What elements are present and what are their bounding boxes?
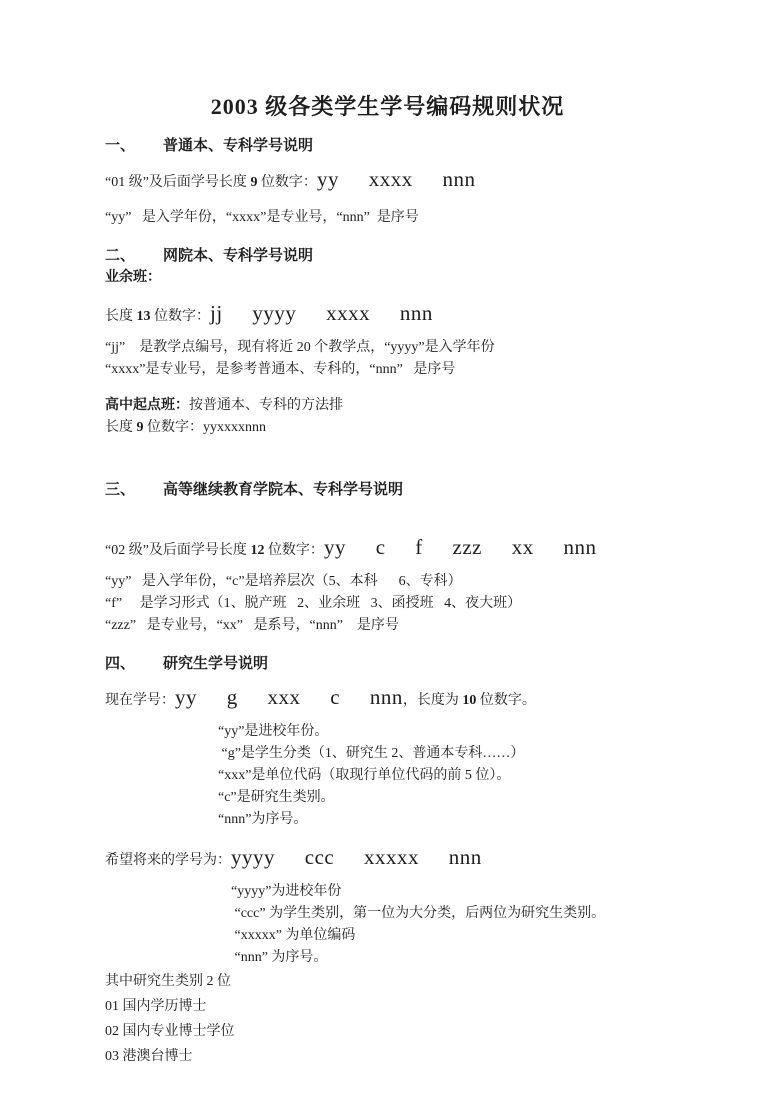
rule-text: 长度 xyxy=(105,309,137,324)
current-id-line: 现在学号：yy g xxx c nnn，长度为 10 位数字。 xyxy=(105,683,670,715)
spacer xyxy=(105,381,670,395)
rule-digit-count: 13 xyxy=(137,309,151,324)
note-line: “xxxxx” 为单位编码 xyxy=(231,925,670,947)
section-3-description-2: “f” 是学习形式（1、脱产班 2、业余班 3、函授班 4、夜大班） xyxy=(105,593,670,615)
spacer xyxy=(105,637,670,653)
section-4-number: 四、 xyxy=(105,653,163,675)
future-id-line: 希望将来的学号为：yyyy ccc xxxxx nnn xyxy=(105,843,670,875)
rule-text: 位数字： xyxy=(264,543,324,558)
current-id-notes: “yy”是进校年份。 “g”是学生分类（1、研究生 2、普通本专科……） “xx… xyxy=(105,721,670,831)
section-2-number: 二、 xyxy=(105,245,163,267)
section-3-description-3: “zzz” 是专业号，“xx” 是系号，“nnn” 是序号 xyxy=(105,615,670,637)
rule-digit-count: 10 xyxy=(462,693,476,708)
spacer xyxy=(105,197,670,207)
note-line: “ccc” 为学生类别，第一位为大分类，后两位为研究生类别。 xyxy=(231,903,670,925)
note-line: “nnn”为序号。 xyxy=(218,809,670,831)
spacer xyxy=(105,157,670,165)
subsection-evening-class: 业余班： xyxy=(105,267,670,289)
subsection-highschool-start: 高中起点班：按普通本、专科的方法排 xyxy=(105,395,670,417)
section-3-heading: 三、高等继续教育学院本、专科学号说明 xyxy=(105,479,670,501)
spacer xyxy=(105,439,670,479)
subsection-text: 按普通本、专科的方法排 xyxy=(189,398,343,413)
section-2-description-2: “xxxx”是专业号，是参考普通本、专科的，“nnn” 是序号 xyxy=(105,359,670,381)
section-2-heading: 二、网院本、专科学号说明 xyxy=(105,245,670,267)
rule-digit-count: 9 xyxy=(137,420,144,435)
grad-category-title: 其中研究生类别 2 位 xyxy=(105,969,670,994)
section-1-heading: 一、普通本、专科学号说明 xyxy=(105,135,670,157)
section-1-title: 普通本、专科学号说明 xyxy=(163,138,313,154)
section-2-rule-line-2: 长度 9 位数字：yyxxxxnnn xyxy=(105,417,670,439)
document-page: 2003 级各类学生学号编码规则状况 一、普通本、专科学号说明 “01 级”及后… xyxy=(0,0,770,1120)
rule-text: 现在学号： xyxy=(105,693,175,708)
note-line: “nnn” 为序号。 xyxy=(231,947,670,969)
note-line: “xxx”是单位代码（取现行单位代码的前 5 位）。 xyxy=(218,765,670,787)
section-2-title: 网院本、专科学号说明 xyxy=(163,248,313,264)
rule-text: ，长度为 xyxy=(403,693,463,708)
section-4-title: 研究生学号说明 xyxy=(163,656,268,672)
section-1-rule-line: “01 级”及后面学号长度 9 位数字：yy xxxx nnn xyxy=(105,165,670,197)
grad-category-item: 03 港澳台博士 xyxy=(105,1044,670,1069)
rule-text: “01 级”及后面学号长度 xyxy=(105,175,250,190)
section-3-number: 三、 xyxy=(105,479,163,501)
note-line: “g”是学生分类（1、研究生 2、普通本专科……） xyxy=(218,743,670,765)
rule-digit-count: 12 xyxy=(250,543,264,558)
rule-text: “02 级”及后面学号长度 xyxy=(105,543,250,558)
id-code-pattern: yyyy ccc xxxxx nnn xyxy=(231,845,482,869)
spacer xyxy=(105,675,670,683)
rule-text: 位数字： xyxy=(151,309,211,324)
spacer xyxy=(105,289,670,299)
rule-text: 位数字： xyxy=(257,175,317,190)
section-3-title: 高等继续教育学院本、专科学号说明 xyxy=(163,482,403,498)
rule-text: 位数字：yyxxxxnnn xyxy=(144,420,267,435)
section-4-heading: 四、研究生学号说明 xyxy=(105,653,670,675)
document-title: 2003 级各类学生学号编码规则状况 xyxy=(105,92,670,122)
grad-category-item: 01 国内学历博士 xyxy=(105,994,670,1019)
section-2-description-1: “jj” 是教学点编号，现有将近 20 个教学点，“yyyy”是入学年份 xyxy=(105,337,670,359)
spacer xyxy=(105,229,670,245)
id-code-pattern: jj yyyy xxxx nnn xyxy=(210,301,433,325)
id-code-pattern: yy xxxx nnn xyxy=(317,167,476,191)
rule-text: 长度 xyxy=(105,420,137,435)
future-id-notes: “yyyy”为进校年份 “ccc” 为学生类别，第一位为大分类，后两位为研究生类… xyxy=(105,881,670,969)
rule-text: 位数字。 xyxy=(476,693,536,708)
section-2-rule-line: 长度 13 位数字：jj yyyy xxxx nnn xyxy=(105,299,670,331)
spacer xyxy=(105,831,670,843)
section-1-description: “yy” 是入学年份，“xxxx”是专业号，“nnn” 是序号 xyxy=(105,207,670,229)
section-3-rule-line: “02 级”及后面学号长度 12 位数字：yy c f zzz xx nnn xyxy=(105,533,670,565)
section-3-description-1: “yy” 是入学年份，“c”是培养层次（5、本科 6、专科） xyxy=(105,571,670,593)
id-code-pattern: yy g xxx c nnn xyxy=(175,685,403,709)
note-line: “c”是研究生类别。 xyxy=(218,787,670,809)
note-line: “yyyy”为进校年份 xyxy=(231,881,670,903)
grad-category-item: 02 国内专业博士学位 xyxy=(105,1019,670,1044)
id-code-pattern: yy c f zzz xx nnn xyxy=(324,535,597,559)
note-line: “yy”是进校年份。 xyxy=(218,721,670,743)
spacer xyxy=(105,501,670,533)
rule-text: 希望将来的学号为： xyxy=(105,853,231,868)
section-1-number: 一、 xyxy=(105,135,163,157)
subsection-label: 高中起点班： xyxy=(105,398,189,413)
